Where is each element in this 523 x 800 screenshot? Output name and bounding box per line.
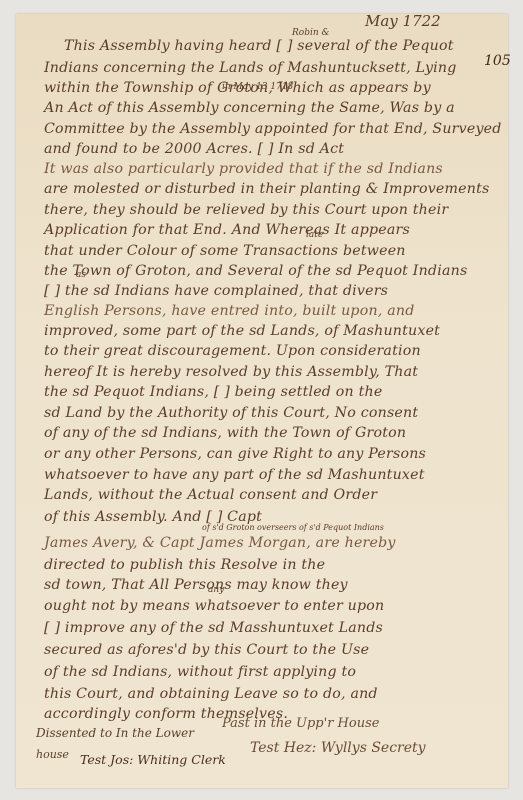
text-line: English Persons, have entred into, built… [44, 303, 503, 319]
text-line: and found to be 2000 Acres. [ ] In sd Ac… [44, 141, 503, 157]
text-line: [ ] improve any of the sd Masshuntuxet L… [44, 620, 503, 636]
text-line: hereof It is hereby resolved by this Ass… [44, 364, 503, 380]
text-line: Lands, without the Actual consent and Or… [44, 487, 503, 503]
secretary-signature: Test Hez: Wyllys Secrety [250, 740, 426, 756]
text-line: that under Colour of some Transactions b… [44, 243, 503, 259]
insertion-robin: Robin & [292, 28, 330, 38]
dissent-note: Dissented to In the Lower [36, 726, 194, 740]
clerk-attestation: Test Jos: Whiting Clerk [80, 752, 226, 767]
text-line: this Court, and obtaining Leave so to do… [44, 686, 503, 702]
text-line: or any other Persons, can give Right to … [44, 446, 503, 462]
text-line: are molested or disturbed in their plant… [44, 181, 503, 197]
text-line: [ ] the sd Indians have complained, that… [44, 283, 503, 299]
text-line: there, they should be relieved by this C… [44, 202, 503, 218]
passed-upper-house: Past in the Upp'r House [222, 716, 379, 731]
text-line: This Assembly having heard [ ] several o… [64, 38, 503, 54]
text-line: the sd Pequot Indians, [ ] being settled… [44, 384, 503, 400]
text-line: ought not by means whatsoever to enter u… [44, 598, 503, 614]
text-line: Indians concerning the Lands of Mashuntu… [44, 60, 503, 76]
dissent-note-house: house [36, 748, 69, 761]
text-line: secured as afores'd by this Court to the… [44, 642, 503, 658]
text-line: of this Assembly. And [ ] Capt [44, 509, 503, 525]
date-header: May 1722 [365, 12, 441, 30]
text-line: sd town, That All Persons may know they [44, 577, 503, 593]
text-line: whatsoever to have any part of the sd Ma… [44, 467, 503, 483]
text-line: Committee by the Assembly appointed for … [44, 121, 503, 137]
text-line: to their great discouragement. Upon cons… [44, 343, 503, 359]
text-line: the Town of Groton, and Several of the s… [44, 263, 503, 279]
text-line: Application for that End. And Whereas It… [44, 222, 503, 238]
text-line: James Avery, & Capt James Morgan, are he… [44, 535, 503, 551]
text-line: An Act of this Assembly concerning the S… [44, 100, 503, 116]
text-line: of the sd Indians, without first applyin… [44, 664, 503, 680]
text-line: It was also particularly provided that i… [44, 161, 503, 177]
text-line: of any of the sd Indians, with the Town … [44, 425, 503, 441]
text-line: directed to publish this Resolve in the [44, 557, 503, 573]
text-line: improved, some part of the sd Lands, of … [44, 323, 503, 339]
text-line: sd Land by the Authority of this Court, … [44, 405, 503, 421]
text-line: within the Township of Groton, Which as … [44, 80, 503, 96]
